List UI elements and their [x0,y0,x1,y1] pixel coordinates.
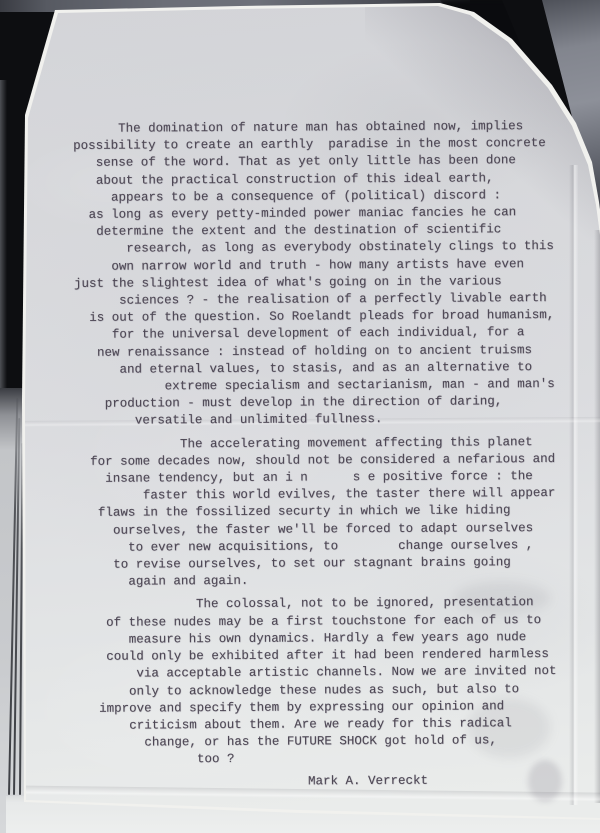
text-line: again and again. [61,571,573,591]
text-line: versatile and unlimited fullness. [60,410,572,430]
paper-sheet: The domination of nature man has obtaine… [0,0,600,833]
paragraph: The accelerating movement affecting this… [60,434,573,592]
typed-text: The domination of nature man has obtaine… [58,118,574,770]
signature-line: Mark A. Verreckt [308,773,428,791]
backdrop-left-sheen [0,80,7,390]
photo-frame: The domination of nature man has obtaine… [0,0,600,833]
text-line: sense of the word. That as yet only litt… [58,152,570,172]
text-line: criticism about them. Are we ready for t… [62,715,574,735]
paragraph: The domination of nature man has obtaine… [58,118,572,431]
right-edge-shade [594,230,600,803]
paragraph: The colossal, not to be ignored, present… [61,594,574,769]
text-line: too ? [62,749,574,769]
text-line: to revise ourselves, to set our stagnant… [61,554,573,574]
